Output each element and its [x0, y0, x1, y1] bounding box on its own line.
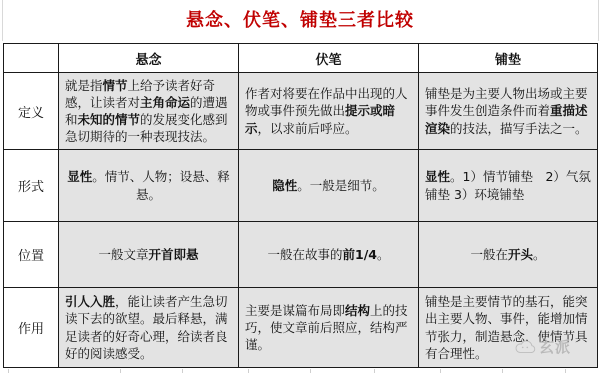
- table-row-function: 作用 引人入胜，能让读者产生急切读下去的欲望。最后释悬，满足读者的好奇心理，给读…: [4, 288, 598, 368]
- row-header-definition: 定义: [4, 73, 59, 150]
- cell-position-foreshadowing: 一般在故事的前1/4。: [239, 222, 419, 288]
- cell-definition-suspense: 就是指情节上给予读者好奇感，让读者对主角命运的遭遇和未知的情节的发展变化感到急切…: [59, 73, 239, 150]
- row-header-form: 形式: [4, 150, 59, 222]
- gridline-tick: [565, 369, 566, 373]
- comparison-table: 悬念 伏笔 铺垫 定义 就是指情节上给予读者好奇感，让读者对主角命运的遭遇和未知…: [3, 43, 598, 368]
- gridline-tick: [440, 369, 441, 373]
- col-header-suspense: 悬念: [59, 44, 239, 73]
- col-header-foreshadowing: 伏笔: [239, 44, 419, 73]
- gridline-tick: [120, 369, 121, 373]
- cell-position-suspense: 一般文章开首即悬: [59, 222, 239, 288]
- gridline-tick: [182, 369, 183, 373]
- cell-form-suspense: 显性。情节、人物；设悬、释悬。: [59, 150, 239, 222]
- gridline-tick: [248, 369, 249, 373]
- cell-position-groundwork: 一般在开头。: [419, 222, 598, 288]
- table-row-form: 形式 显性。情节、人物；设悬、释悬。 隐性。一般是细节。 显性。1）情节铺垫 2…: [4, 150, 598, 222]
- gridline-tick: [374, 369, 375, 373]
- page-title: 悬念、伏笔、铺垫三者比较: [0, 6, 600, 32]
- row-header-function: 作用: [4, 288, 59, 368]
- gridline-tick: [8, 369, 9, 373]
- cell-function-groundwork: 铺垫是主要情节的基石，能突出主要人物、事件，能增加情节张力，制造悬念，使情节具有…: [419, 288, 598, 368]
- gridline-tick: [502, 369, 503, 373]
- cell-function-suspense: 引人入胜，能让读者产生急切读下去的欲望。最后释悬，满足读者的好奇心理，给读者良好…: [59, 288, 239, 368]
- cell-function-foreshadowing: 主要是谋篇布局即结构上的技巧，使文章前后照应，结构严谨。: [239, 288, 419, 368]
- col-header-groundwork: 铺垫: [419, 44, 598, 73]
- table-header-row: 悬念 伏笔 铺垫: [4, 44, 598, 73]
- table-row-definition: 定义 就是指情节上给予读者好奇感，让读者对主角命运的遭遇和未知的情节的发展变化感…: [4, 73, 598, 150]
- page: 悬念、伏笔、铺垫三者比较 悬念 伏笔 铺垫 定义 就是指情节上给予读者好奇感，让…: [0, 0, 600, 373]
- cell-form-foreshadowing: 隐性。一般是细节。: [239, 150, 419, 222]
- cell-definition-foreshadowing: 作者对将要在作品中出现的人物或事件预先做出提示或暗示，以求前后呼应。: [239, 73, 419, 150]
- cell-definition-groundwork: 铺垫是为主要人物出场或主要事件发生创造条件而着重描述渲染的技法，描写手法之一。: [419, 73, 598, 150]
- table-row-position: 位置 一般文章开首即悬 一般在故事的前1/4。 一般在开头。: [4, 222, 598, 288]
- row-header-position: 位置: [4, 222, 59, 288]
- corner-cell: [4, 44, 59, 73]
- cell-form-groundwork: 显性。1）情节铺垫 2）气氛铺垫 3）环境铺垫: [419, 150, 598, 222]
- gridline-tick: [310, 369, 311, 373]
